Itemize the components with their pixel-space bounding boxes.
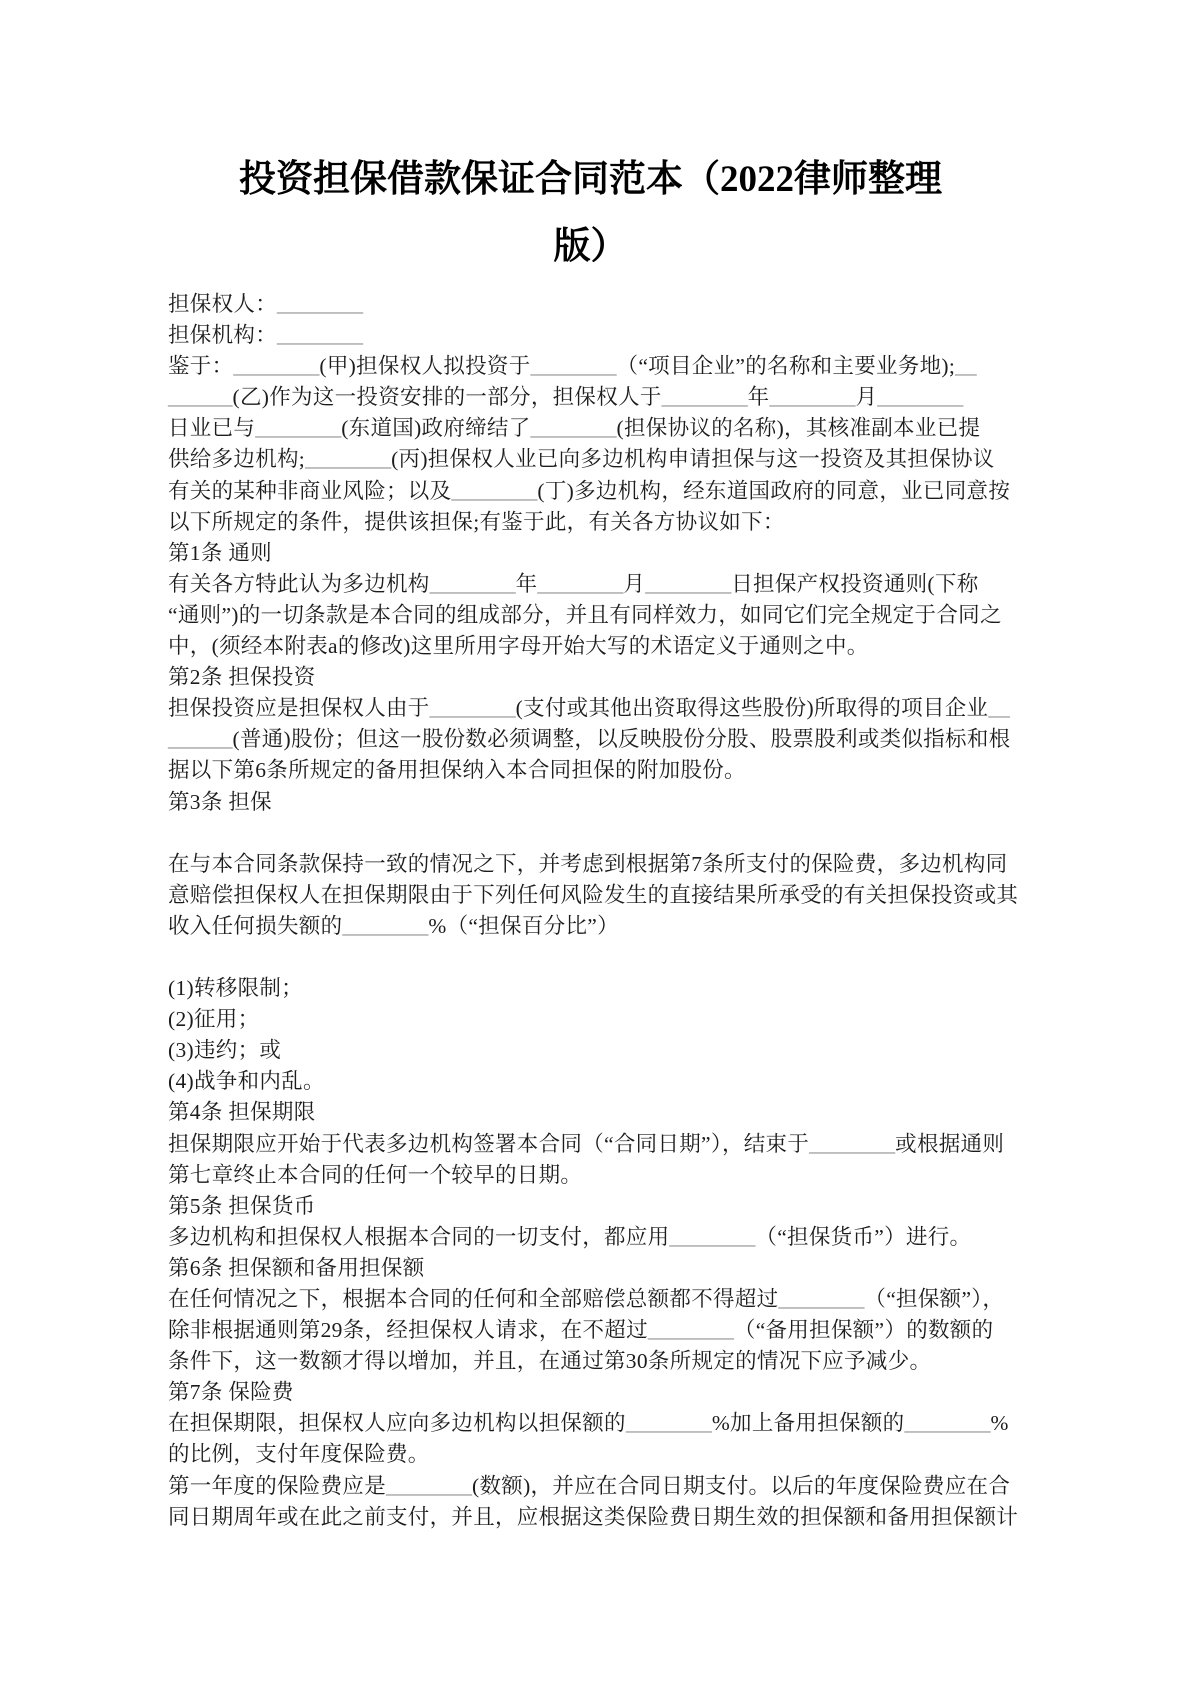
- document-line: 担保机构：________: [168, 320, 1013, 351]
- document-line: 担保期限应开始于代表多边机构签署本合同（“合同日期”），结束于________或…: [168, 1129, 1013, 1160]
- document-line: 供给多边机构;________(丙)担保权人业已向多边机构申请担保与这一投资及其…: [168, 444, 1013, 475]
- document-body: 担保权人：________担保机构：________鉴于：________(甲)…: [168, 289, 1013, 1533]
- fill-in-blank-underline: ________: [451, 479, 537, 503]
- document-line: 第七章终止本合同的任何一个较早的日期。: [168, 1160, 1013, 1191]
- fill-in-blank-underline: ________: [648, 1318, 734, 1342]
- document-line: ______(乙)作为这一投资安排的一部分，担保权人于________年____…: [168, 382, 1013, 413]
- fill-in-blank-underline: ________: [778, 1287, 864, 1311]
- document-line: (3)违约；或: [168, 1035, 1013, 1066]
- fill-in-blank-underline: ________: [669, 1225, 755, 1249]
- document-line: 担保投资应是担保权人由于________(支付或其他出资取得这些股份)所取得的项…: [168, 693, 1013, 724]
- document-line: (4)战争和内乱。: [168, 1066, 1013, 1097]
- document-title-line-2: 版）: [168, 213, 1013, 280]
- document-line: 意赔偿担保权人在担保期限由于下列任何风险发生的直接结果所承受的有关担保投资或其: [168, 880, 1013, 911]
- fill-in-blank-underline: ________: [904, 1411, 990, 1435]
- document-line: 鉴于：________(甲)担保权人拟投资于________（“项目企业”的名称…: [168, 351, 1013, 382]
- document-line: 以下所规定的条件，提供该担保;有鉴于此，有关各方协议如下：: [168, 507, 1013, 538]
- fill-in-blank-underline: ________: [645, 572, 731, 596]
- document-line: 据以下第6条所规定的备用担保纳入本合同担保的附加股份。: [168, 755, 1013, 786]
- document-title: 投资担保借款保证合同范本（2022律师整理 版）: [168, 146, 1013, 280]
- fill-in-blank-underline: ________: [342, 914, 428, 938]
- fill-in-blank-underline: ________: [386, 1474, 472, 1498]
- document-blank-line: [168, 942, 1013, 973]
- fill-in-blank-underline: ________: [626, 1411, 712, 1435]
- document-line: 中，(须经本附表a的修改)这里所用字母开始大写的术语定义于通则之中。: [168, 631, 1013, 662]
- document-line: 在担保期限，担保权人应向多边机构以担保额的________%加上备用担保额的__…: [168, 1408, 1013, 1439]
- document-line: 第一年度的保险费应是________(数额)，并应在合同日期支付。以后的年度保险…: [168, 1471, 1013, 1502]
- document-line: 第5条 担保货币: [168, 1191, 1013, 1222]
- fill-in-blank-underline: ________: [769, 385, 855, 409]
- document-line: 条件下，这一数额才得以增加，并且，在通过第30条所规定的情况下应予减少。: [168, 1346, 1013, 1377]
- fill-in-blank-underline: ________: [305, 447, 391, 471]
- document-line: 第7条 保险费: [168, 1377, 1013, 1408]
- document-line: 除非根据通则第29条，经担保权人请求，在不超过________（“备用担保额”）…: [168, 1315, 1013, 1346]
- document-line: (2)征用；: [168, 1004, 1013, 1035]
- fill-in-blank-underline: ________: [537, 572, 623, 596]
- document-line: (1)转移限制；: [168, 973, 1013, 1004]
- document-line: 在任何情况之下，根据本合同的任何和全部赔偿总额都不得超过________（“担保…: [168, 1284, 1013, 1315]
- fill-in-blank-underline: ________: [277, 292, 363, 316]
- document-line: 的比例，支付年度保险费。: [168, 1439, 1013, 1470]
- document-line: ______(普通)股份；但这一股份数必须调整，以反映股份分股、股票股利或类似指…: [168, 724, 1013, 755]
- fill-in-blank-underline: ________: [531, 416, 617, 440]
- fill-in-blank-underline: ______: [168, 385, 233, 409]
- document-line: 担保权人：________: [168, 289, 1013, 320]
- fill-in-blank-underline: ________: [662, 385, 748, 409]
- page-content: 投资担保借款保证合同范本（2022律师整理 版） 担保权人：________担保…: [168, 146, 1013, 1533]
- fill-in-blank-underline: ________: [430, 572, 516, 596]
- fill-in-blank-underline: ________: [277, 323, 363, 347]
- document-line: 第6条 担保额和备用担保额: [168, 1253, 1013, 1284]
- document-line: 同日期周年或在此之前支付，并且，应根据这类保险费日期生效的担保额和备用担保额计: [168, 1502, 1013, 1533]
- fill-in-blank-underline: ________: [877, 385, 963, 409]
- document-blank-line: [168, 818, 1013, 849]
- fill-in-blank-underline: ________: [255, 416, 341, 440]
- document-line: “通则”)的一切条款是本合同的组成部分，并且有同样效力，如同它们完全规定于合同之: [168, 600, 1013, 631]
- fill-in-blank-underline: __: [988, 696, 1010, 720]
- fill-in-blank-underline: __: [955, 354, 977, 378]
- contract-document-page: 投资担保借款保证合同范本（2022律师整理 版） 担保权人：________担保…: [0, 0, 1190, 1683]
- document-line: 多边机构和担保权人根据本合同的一切支付，都应用________（“担保货币”）进…: [168, 1222, 1013, 1253]
- fill-in-blank-underline: ________: [531, 354, 617, 378]
- document-line: 第4条 担保期限: [168, 1097, 1013, 1128]
- document-line: 在与本合同条款保持一致的情况之下，并考虑到根据第7条所支付的保险费，多边机构同: [168, 849, 1013, 880]
- document-line: 第1条 通则: [168, 538, 1013, 569]
- fill-in-blank-underline: ________: [430, 696, 516, 720]
- fill-in-blank-underline: ________: [809, 1132, 895, 1156]
- document-line: 有关各方特此认为多边机构________年________月________日担…: [168, 569, 1013, 600]
- document-line: 有关的某种非商业风险；以及________(丁)多边机构，经东道国政府的同意，业…: [168, 476, 1013, 507]
- document-line: 收入任何损失额的________%（“担保百分比”）: [168, 911, 1013, 942]
- fill-in-blank-underline: ________: [233, 354, 319, 378]
- fill-in-blank-underline: ______: [168, 727, 233, 751]
- document-line: 第3条 担保: [168, 787, 1013, 818]
- document-line: 第2条 担保投资: [168, 662, 1013, 693]
- document-title-line-1: 投资担保借款保证合同范本（2022律师整理: [168, 146, 1013, 213]
- document-line: 日业已与________(东道国)政府缔结了________(担保协议的名称)，…: [168, 413, 1013, 444]
